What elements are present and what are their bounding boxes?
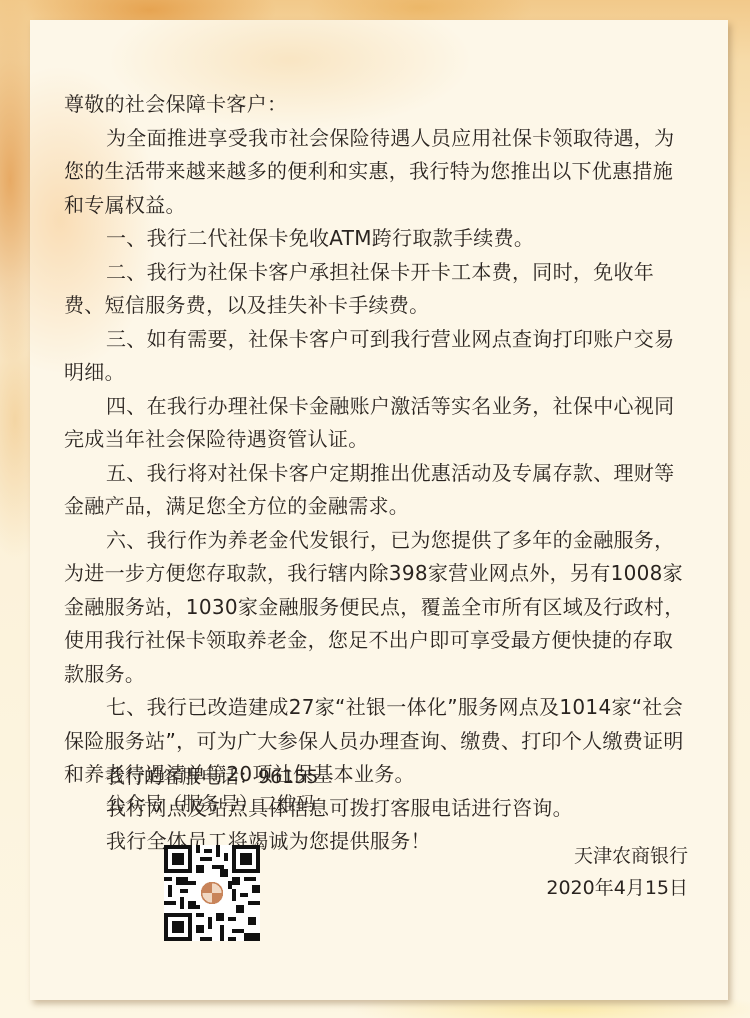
qr-label: 公众号（服务号）二维码 — [106, 791, 318, 818]
paragraph-intro: 为全面推进享受我市社会保险待遇人员应用社保卡领取待遇，为您的生活带来越来越多的便… — [64, 122, 692, 223]
hotline-text: 我行的客服电话：96155 — [106, 764, 318, 791]
paragraph-item-5: 五、我行将对社保卡客户定期推出优惠活动及专属存款、理财等金融产品，满足您全方位的… — [64, 457, 692, 524]
qr-code-icon[interactable] — [164, 845, 260, 941]
paragraph-item-3: 三、如有需要，社保卡客户可到我行营业网点查询打印账户交易明细。 — [64, 323, 692, 390]
paragraph-item-6: 六、我行作为养老金代发银行，已为您提供了多年的金融服务，为进一步方便您存取款，我… — [64, 524, 692, 692]
letter-body: 尊敬的社会保障卡客户： 为全面推进享受我市社会保险待遇人员应用社保卡领取待遇，为… — [64, 88, 692, 859]
paragraph-item-2: 二、我行为社保卡客户承担社保卡开卡工本费，同时，免收年费、短信服务费，以及挂失补… — [64, 256, 692, 323]
contact-info: 我行的客服电话：96155 公众号（服务号）二维码 — [106, 764, 318, 818]
salutation: 尊敬的社会保障卡客户： — [64, 88, 692, 122]
paragraph-item-1: 一、我行二代社保卡免收ATM跨行取款手续费。 — [64, 222, 692, 256]
paragraph-item-4: 四、在我行办理社保卡金融账户激活等实名业务，社保中心视同完成当年社会保险待遇资管… — [64, 390, 692, 457]
signature-date: 2020年4月15日 — [546, 872, 688, 904]
signature-org: 天津农商银行 — [546, 840, 688, 872]
signature-block: 天津农商银行 2020年4月15日 — [546, 840, 688, 904]
